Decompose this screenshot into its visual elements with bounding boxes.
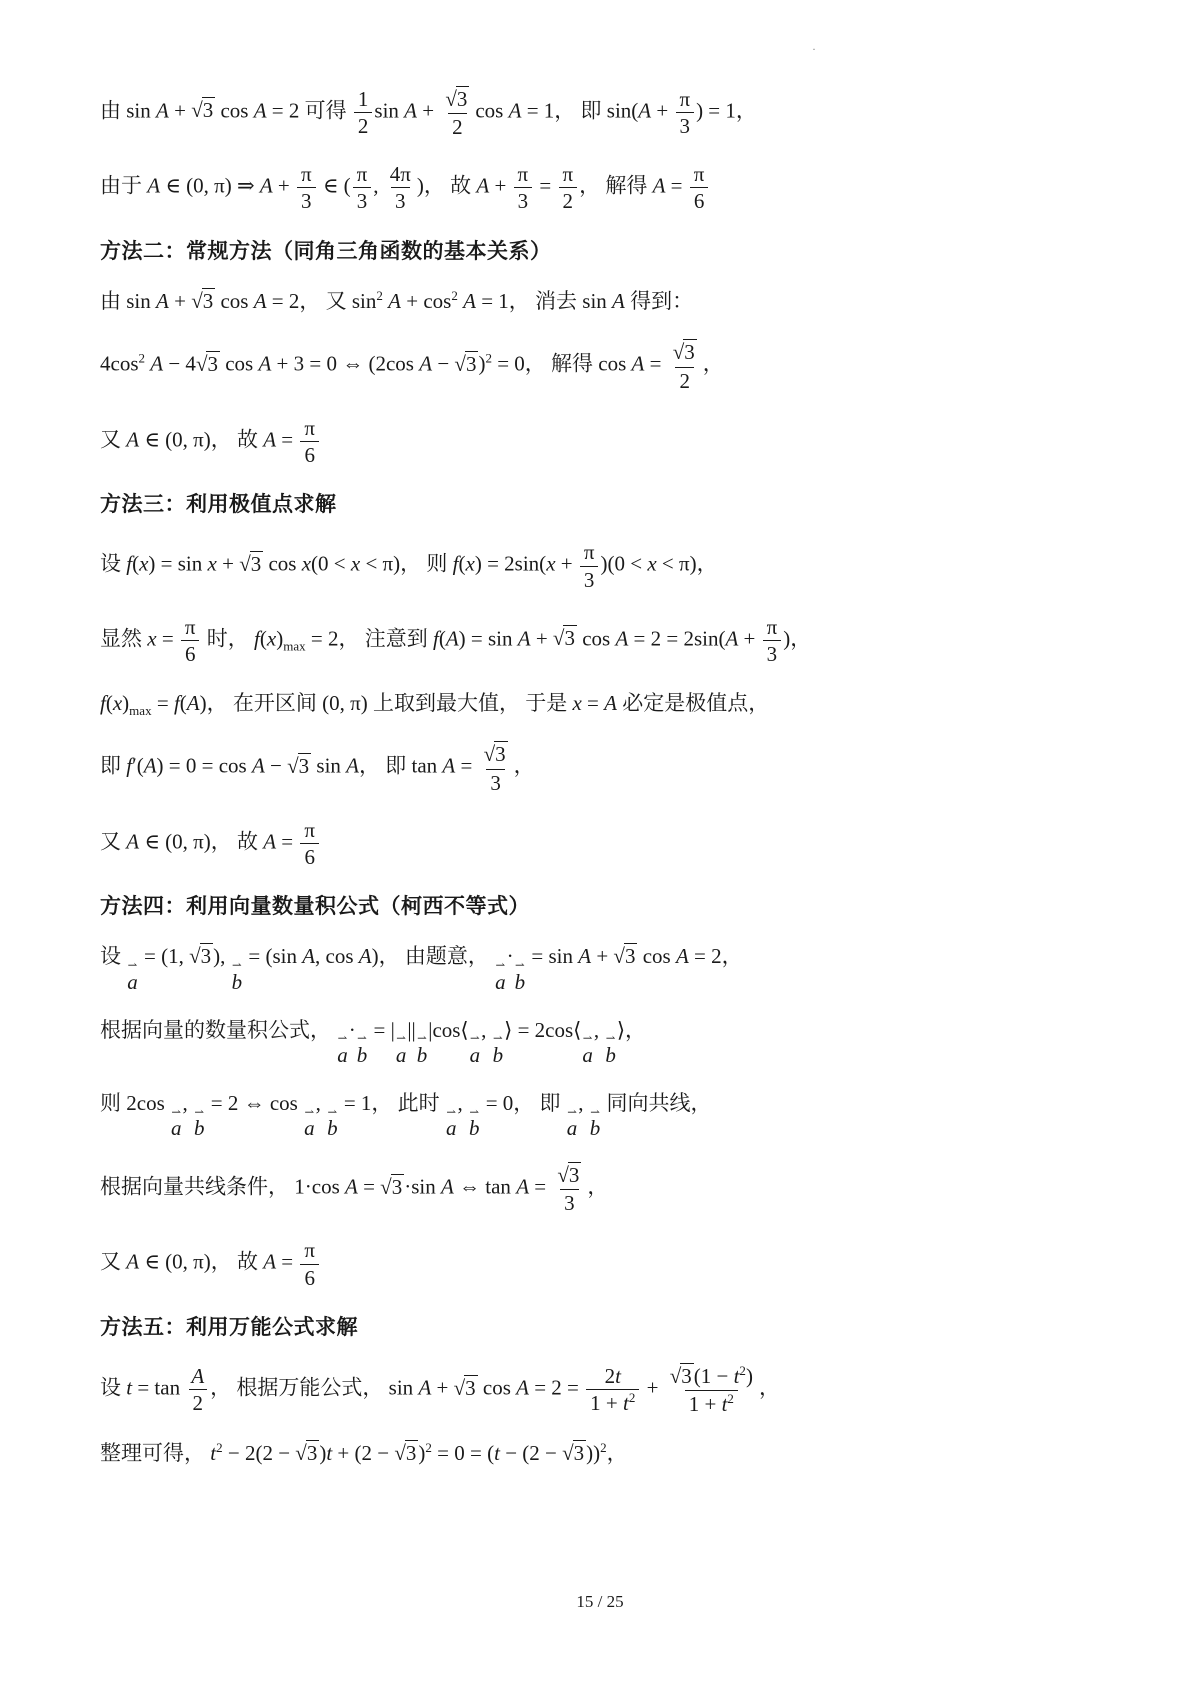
content-line: 由于 A ∈ (0, π) ⇒ A + π3 ∈ (π3, 4π3)， 故 A … bbox=[100, 162, 900, 213]
stray-dot-artifact: · bbox=[812, 42, 816, 57]
content-line: f(x)max = f(A)， 在开区间 (0, π) 上取到最大值， 于是 x… bbox=[100, 689, 900, 718]
content-line: 即 f′(A) = 0 = cos A − √3 sin A， 即 tan A … bbox=[100, 741, 900, 794]
content-line: 根据向量的数量积公式， ⇀a·⇀b = |⇀a||⇀b|cos⟨⇀a, ⇀b⟩ … bbox=[100, 1016, 900, 1066]
content-line: 设 ⇀a = (1, √3), ⇀b = (sin A, cos A)， 由题意… bbox=[100, 942, 900, 992]
content-line: 设 f(x) = sin x + √3 cos x(0 < x < π)， 则 … bbox=[100, 540, 900, 591]
content-line: 又 A ∈ (0, π)， 故 A = π6 bbox=[100, 818, 900, 869]
method-heading: 方法二：常规方法（同角三角函数的基本关系） bbox=[100, 237, 900, 266]
method-heading: 方法五：利用万能公式求解 bbox=[100, 1313, 900, 1342]
content-line: 由 sin A + √3 cos A = 2， 又 sin2 A + cos2 … bbox=[100, 287, 900, 316]
content-line: 则 2cos ⇀a, ⇀b = 2 ⇔ cos ⇀a, ⇀b = 1， 此时 ⇀… bbox=[100, 1089, 900, 1139]
method-heading: 方法三：利用极值点求解 bbox=[100, 490, 900, 519]
content-line: 由 sin A + √3 cos A = 2 可得 12sin A + √32c… bbox=[100, 86, 900, 139]
document-body: 由 sin A + √3 cos A = 2 可得 12sin A + √32c… bbox=[100, 86, 900, 1492]
content-line: 又 A ∈ (0, π)， 故 A = π6 bbox=[100, 1238, 900, 1289]
method-heading: 方法四：利用向量数量积公式（柯西不等式） bbox=[100, 892, 900, 921]
content-line: 设 t = tan A2， 根据万能公式， sin A + √3 cos A =… bbox=[100, 1363, 900, 1416]
page-number: 15 / 25 bbox=[0, 1592, 1200, 1612]
document-page: · 由 sin A + √3 cos A = 2 可得 12sin A + √3… bbox=[0, 0, 1200, 1697]
content-line: 整理可得， t2 − 2(2 − √3)t + (2 − √3)2 = 0 = … bbox=[100, 1439, 900, 1468]
content-line: 4cos2 A − 4√3 cos A + 3 = 0 ⇔ (2cos A − … bbox=[100, 339, 900, 392]
content-line: 又 A ∈ (0, π)， 故 A = π6 bbox=[100, 416, 900, 467]
content-line: 根据向量共线条件， 1·cos A = √3·sin A ⇔ tan A = √… bbox=[100, 1162, 900, 1215]
content-line: 显然 x = π6 时， f(x)max = 2， 注意到 f(A) = sin… bbox=[100, 615, 900, 666]
